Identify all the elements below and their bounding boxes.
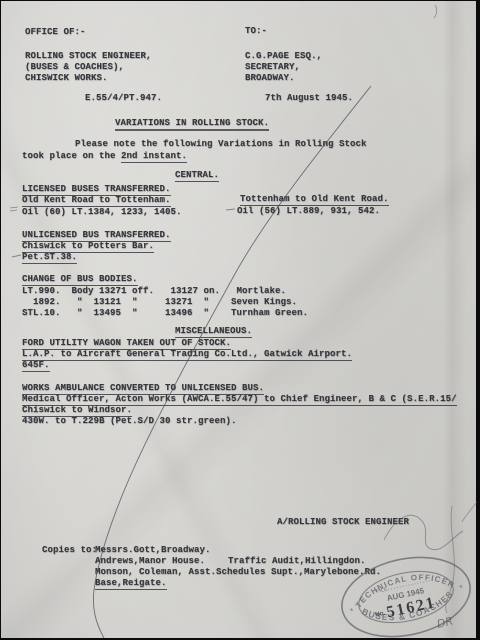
recipient-address-line: BROADWAY. [245,73,295,84]
copies-recipient: Andrews,Manor House. [95,556,205,567]
bodies-table-row: LT.990. Body 13271 off. 13127 on. Mortla… [22,286,286,297]
vehicles-right: Oil (56) LT.889, 931, 542. [237,206,380,217]
signature-line: A/ROLLING STOCK ENGINEER [277,517,409,528]
ambulance-line-2: Chiswick to Windsor. [22,405,132,416]
copies-recipient: Monson, Coleman, Asst.Schedules Supt.,Ma… [95,567,381,578]
section-heading-miscellaneous: MISCELLANEOUS. [175,326,252,337]
ford-wagon-number: 645F. [22,360,50,371]
ambulance-line-1-text: Medical Officer, Acton Works (AWCA.E.55/… [22,394,457,406]
unlicensed-bus-heading-text: UNLICENSED BUS TRANSFERRED. [22,230,171,242]
copies-recipient: Base,Reigate. [95,578,167,589]
unlicensed-vehicle-text: Pet.ST.38. [22,252,77,264]
sender-address-line: CHISWICK WORKS. [25,73,108,84]
sender-address-line: ROLLING STOCK ENGINEER, [25,51,152,62]
document-date: 7th August 1945. [265,93,353,104]
ambulance-line-2-text: Chiswick to Windsor. [22,405,132,417]
intro-line-2-underline: 2nd instant. [121,151,187,163]
unlicensed-vehicle: Pet.ST.38. [22,252,77,263]
route-left-text: Old Kent Road to Tottenham. [22,195,171,207]
bodies-heading: CHANGE OF BUS BODIES. [22,274,138,285]
ambulance-line-1: Medical Officer, Acton Works (AWCA.E.55/… [22,394,457,405]
document-title-text: VARIATIONS IN ROLLING STOCK. [115,118,269,131]
section-heading-central-text: CENTRAL. [175,170,219,182]
intro-line-2: took place on the 2nd instant. [22,151,187,162]
route-left: Old Kent Road to Tottenham. [22,195,171,206]
licensed-buses-heading: LICENSED BUSES TRANSFERRED. [22,184,171,195]
paper-background [1,1,476,638]
route-right-text: Tottenham to Old Kent Road. [240,194,389,206]
licensed-buses-heading-text: LICENSED BUSES TRANSFERRED. [22,184,171,196]
scanned-memo-page: OFFICE OF:- TO:- ROLLING STOCK ENGINEER,… [0,0,480,640]
office-of-label: OFFICE OF:- [25,27,86,38]
ambulance-heading-text: WORKS AMBULANCE CONVERTED TO UNLICENSED … [22,383,264,395]
sender-address-line: (BUSES & COACHES), [25,62,124,73]
unlicensed-bus-heading: UNLICENSED BUS TRANSFERRED. [22,230,171,241]
ford-wagon-line: L.A.P. to Aircraft General Trading Co.Lt… [22,349,352,360]
recipient-address-line: C.G.PAGE ESQ., [245,51,322,62]
ambulance-heading: WORKS AMBULANCE CONVERTED TO UNLICENSED … [22,383,264,394]
copies-recipient-text: Base,Reigate. [95,578,167,590]
bodies-heading-text: CHANGE OF BUS BODIES. [22,274,138,286]
bodies-table-row: STL.10. " 13495 " 13496 " Turnham Green. [22,308,308,319]
unlicensed-route: Chiswick to Potters Bar. [22,241,154,252]
copies-label: Copies to: [42,545,97,556]
section-heading-central: CENTRAL. [175,170,219,181]
recipient-label: TO:- [245,26,267,37]
copies-recipient: Traffic Audit,Hillingdon. [228,556,366,567]
document-title: VARIATIONS IN ROLLING STOCK. [115,118,269,129]
vehicles-left: Oil (60) LT.1384, 1233, 1405. [22,207,182,218]
recipient-address-line: SECRETARY, [245,62,300,73]
copies-recipient: Messrs.Gott,Broadway. [95,545,211,556]
unlicensed-route-text: Chiswick to Potters Bar. [22,241,154,253]
route-right: Tottenham to Old Kent Road. [240,194,389,205]
bodies-table-row: 1892. " 13121 " 13271 " Seven Kings. [22,297,297,308]
ambulance-line-3: 430W. to T.229B (Pet.S/D 30 str.green). [22,416,237,427]
ford-wagon-heading-text: FORD UTILITY WAGON TAKEN OUT OF STOCK. [22,338,231,350]
section-heading-miscellaneous-text: MISCELLANEOUS. [175,326,252,338]
intro-line-1: Please note the following Variations in … [75,139,367,150]
intro-line-2-prefix: took place on the [22,151,121,161]
reference-number: E.55/4/PT.947. [85,93,162,104]
ford-wagon-heading: FORD UTILITY WAGON TAKEN OUT OF STOCK. [22,338,231,349]
ford-wagon-line-text: L.A.P. to Aircraft General Trading Co.Lt… [22,349,352,361]
ford-wagon-number-text: 645F. [22,360,50,372]
